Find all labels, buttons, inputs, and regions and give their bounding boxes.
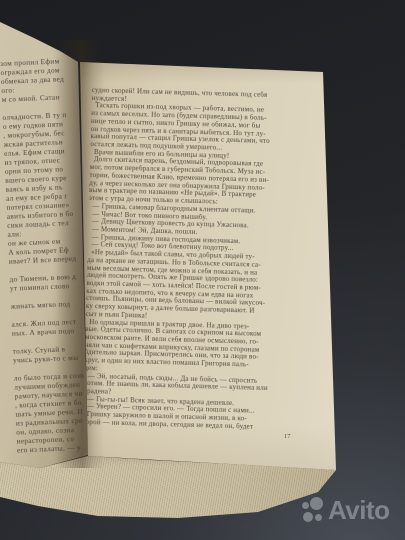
avito-logo-dot-icon [310,497,323,510]
avito-logo-dot-icon [302,502,309,509]
book-photo: зом пропил Ефимограждал его домобмекал з… [0,0,405,540]
avito-logo-dot-icon [303,512,313,522]
avito-watermark-text: Avito [328,495,390,526]
right-page-text: судно скорей! Или сам не видишь, что чел… [83,87,314,433]
right-page: судно скорей! Или сам не видишь, что чел… [76,58,338,474]
avito-watermark: Avito [302,497,398,531]
avito-logo-dot-icon [315,514,322,521]
page-number: 17 [284,433,291,440]
left-page: зом пропил Ефимограждал его домобмекал з… [0,18,94,478]
